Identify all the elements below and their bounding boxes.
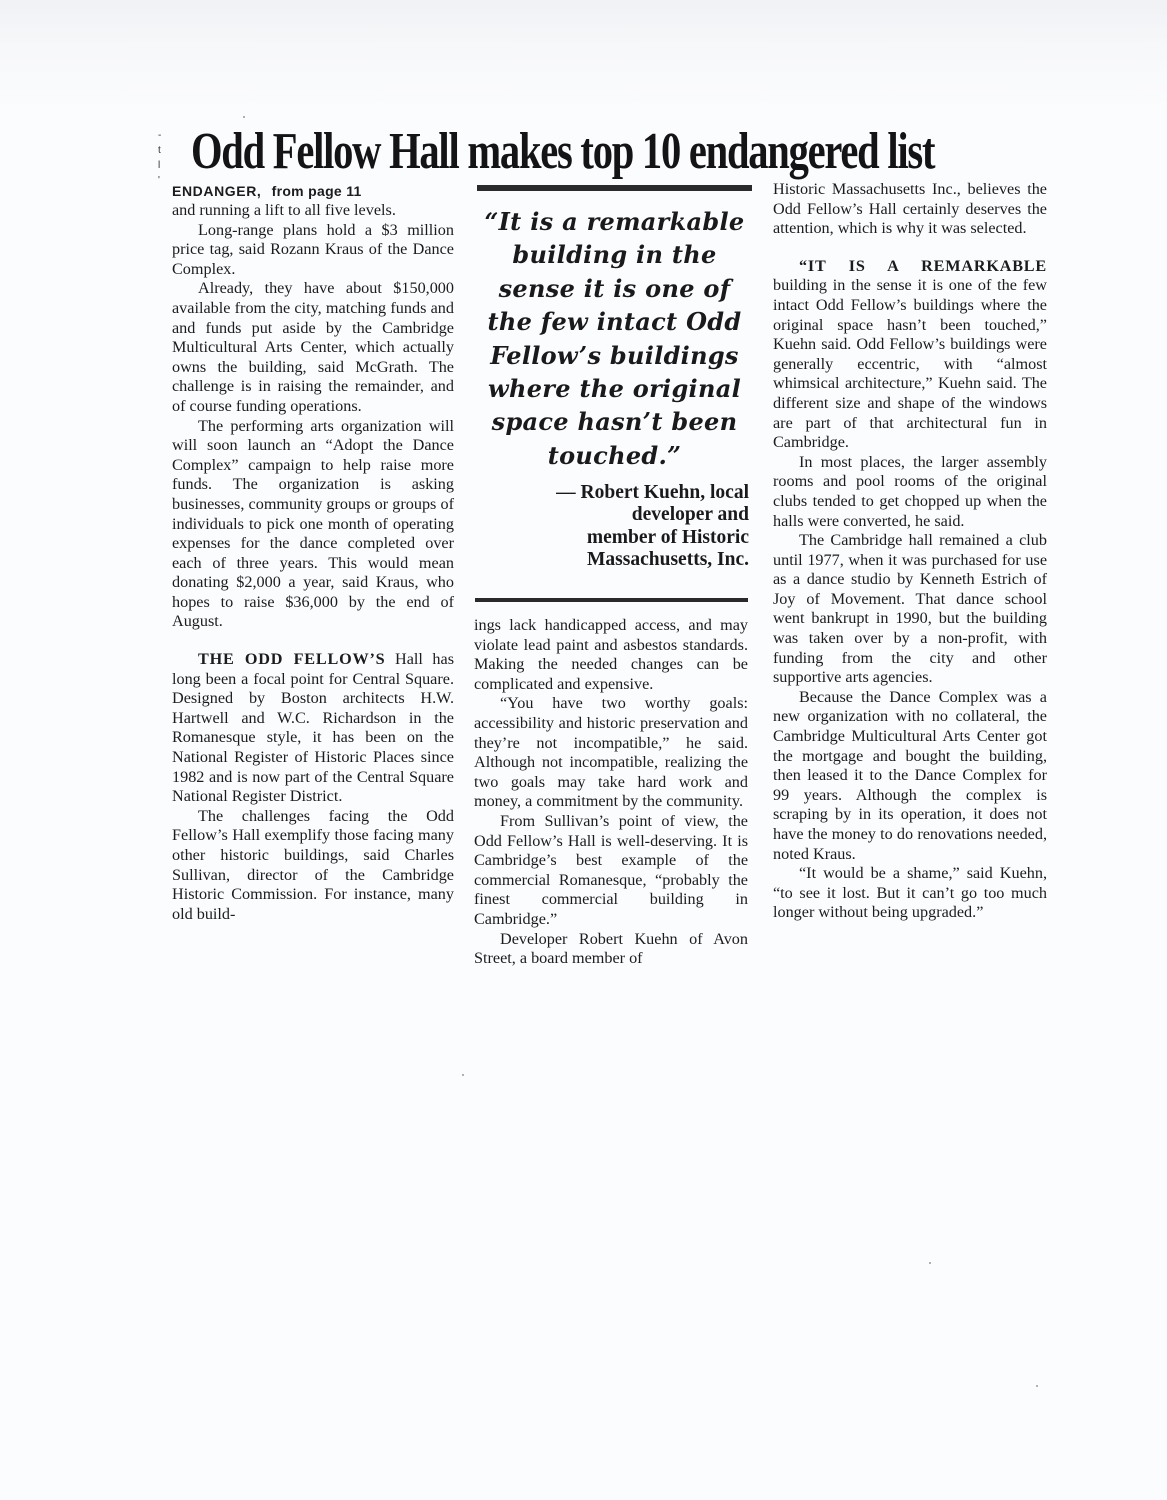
jump-line: ENDANGER, from page 11 bbox=[172, 182, 454, 200]
paragraph: and running a lift to all five levels. bbox=[172, 201, 454, 221]
paragraph: Historic Massachusetts Inc., believes th… bbox=[773, 180, 1047, 239]
pull-quote-bottom-rule bbox=[475, 598, 748, 602]
attribution-line: developer and bbox=[477, 504, 749, 526]
paragraph: “You have two worthy goals: accessibilit… bbox=[474, 694, 748, 812]
paragraph-text: Hall has long been a focal point for Cen… bbox=[172, 650, 454, 805]
paragraph: The performing arts organization will wi… bbox=[172, 417, 454, 633]
paragraph: Because the Dance Complex was a new orga… bbox=[773, 688, 1047, 864]
paragraph: The Cambridge hall remained a club until… bbox=[773, 531, 1047, 688]
scan-speck bbox=[462, 1074, 464, 1076]
column-middle: ings lack handicapped access, and may vi… bbox=[474, 616, 748, 969]
paragraph: ings lack handicapped access, and may vi… bbox=[474, 616, 748, 694]
paragraph: Already, they have about $150,000 availa… bbox=[172, 279, 454, 416]
paragraph: From Sullivan’s point of view, the Odd F… bbox=[474, 812, 748, 930]
margin-mark: t bbox=[158, 143, 164, 158]
scan-bleed-through bbox=[0, 0, 1167, 110]
margin-marks: - t l ' bbox=[158, 128, 164, 188]
section-lead: “IT IS A REMARKABLE bbox=[799, 257, 1047, 275]
pull-quote-attribution: — Robert Kuehn, local developer and memb… bbox=[477, 482, 749, 572]
column-left: ENDANGER, from page 11 and running a lif… bbox=[172, 180, 454, 924]
column-right: Historic Massachusetts Inc., believes th… bbox=[773, 180, 1047, 923]
attribution-line: — Robert Kuehn, local bbox=[477, 482, 749, 504]
scan-speck bbox=[929, 1262, 931, 1264]
pull-quote: “It is a remarkable building in the sens… bbox=[477, 205, 752, 472]
paragraph-section-lead: THE ODD FELLOW’S Hall has long been a fo… bbox=[172, 650, 454, 807]
headline: Odd Fellow Hall makes top 10 endangered … bbox=[191, 122, 862, 182]
margin-mark: l bbox=[158, 158, 164, 173]
jump-page-ref: from page 11 bbox=[272, 183, 362, 199]
paragraph: Long-range plans hold a $3 million price… bbox=[172, 221, 454, 280]
section-lead: THE ODD FELLOW’S bbox=[198, 650, 385, 668]
paragraph: “It would be a shame,” said Kuehn, “to s… bbox=[773, 864, 1047, 923]
scan-speck bbox=[243, 116, 245, 118]
margin-mark: - bbox=[158, 128, 164, 143]
paragraph: The challenges facing the Odd Fellow’s H… bbox=[172, 807, 454, 925]
margin-mark: ' bbox=[158, 173, 164, 188]
paragraph: In most places, the larger assembly room… bbox=[773, 453, 1047, 531]
pull-quote-top-rule bbox=[477, 185, 752, 191]
attribution-line: member of Historic bbox=[477, 527, 749, 549]
paragraph-section-lead: “IT IS A REMARKABLE building in the sens… bbox=[773, 257, 1047, 453]
paragraph-text: building in the sense it is one of the f… bbox=[773, 276, 1047, 451]
jump-word: ENDANGER, bbox=[172, 183, 261, 199]
paragraph: Developer Robert Kuehn of Avon Street, a… bbox=[474, 930, 748, 969]
attribution-line: Massachusetts, Inc. bbox=[477, 549, 749, 571]
scan-speck bbox=[1036, 1385, 1038, 1387]
